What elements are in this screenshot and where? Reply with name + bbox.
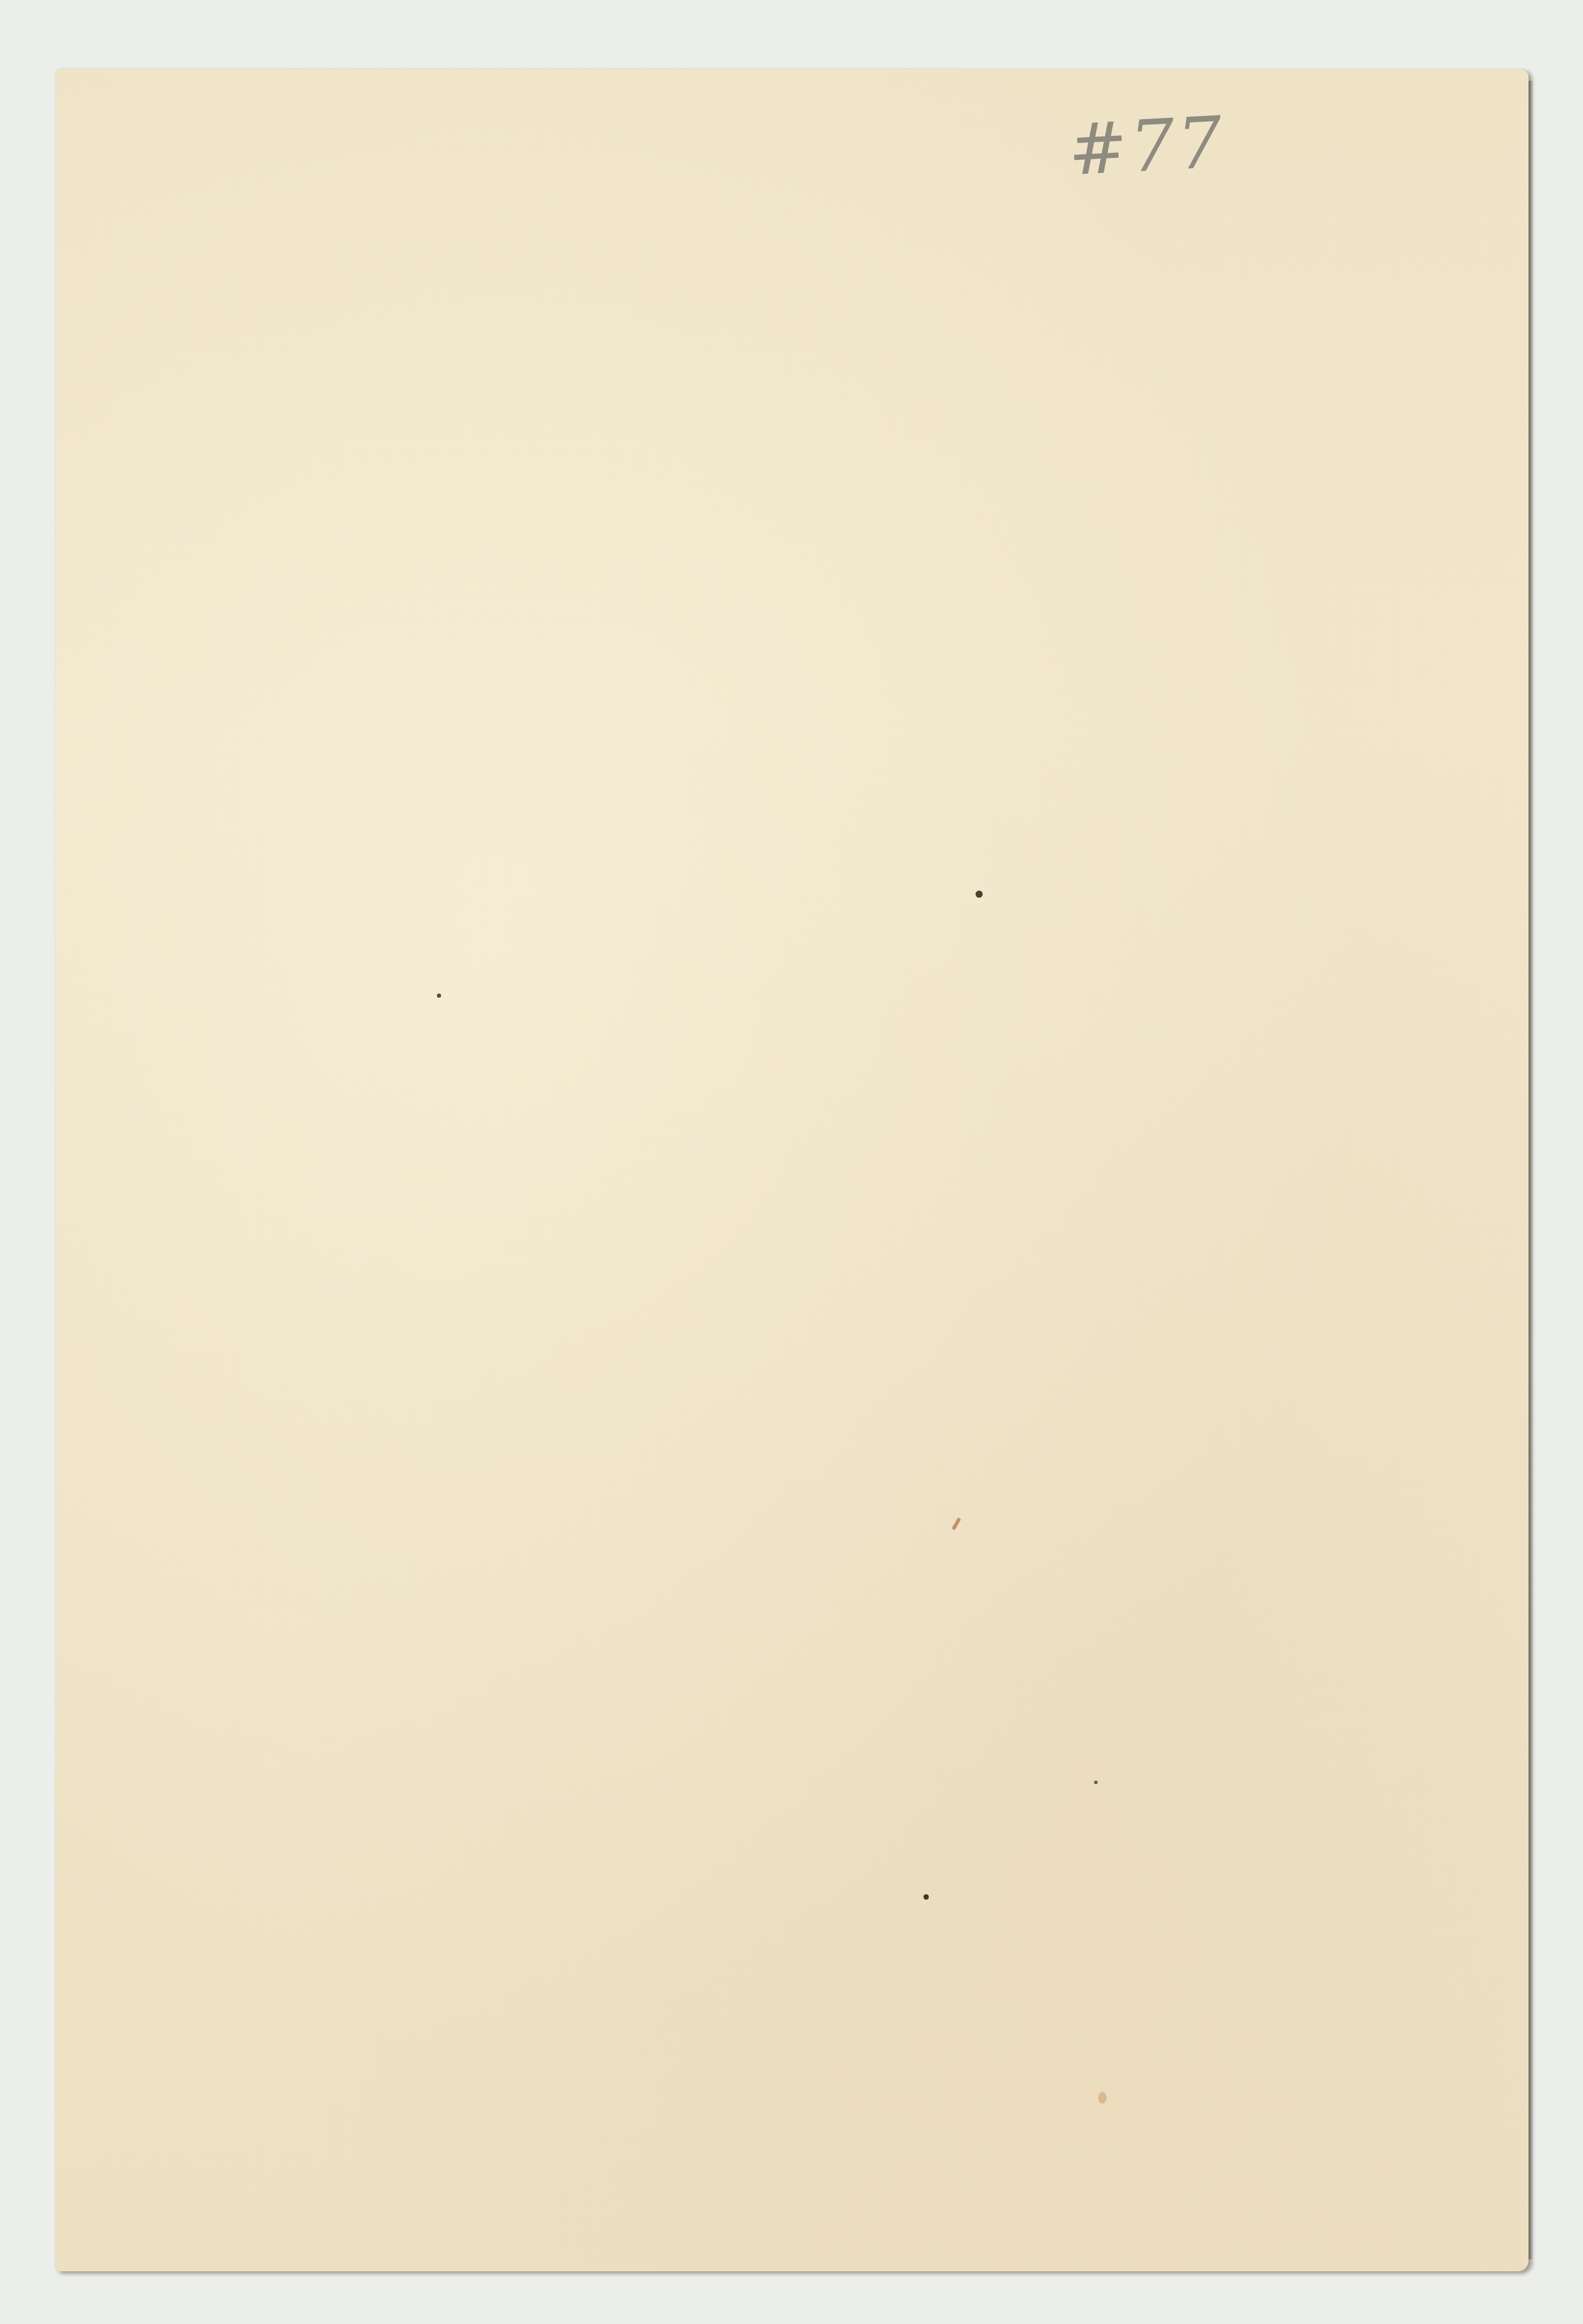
stain-spot bbox=[437, 994, 441, 998]
card-edge-shadow bbox=[1529, 81, 1533, 2259]
stain-spot bbox=[976, 891, 983, 898]
stain-spot bbox=[923, 1894, 929, 1900]
stain-spot bbox=[1094, 1781, 1098, 1784]
stain-mark bbox=[1098, 2092, 1107, 2104]
pencil-annotation: #77 bbox=[1067, 101, 1227, 191]
card-back bbox=[55, 69, 1529, 2271]
